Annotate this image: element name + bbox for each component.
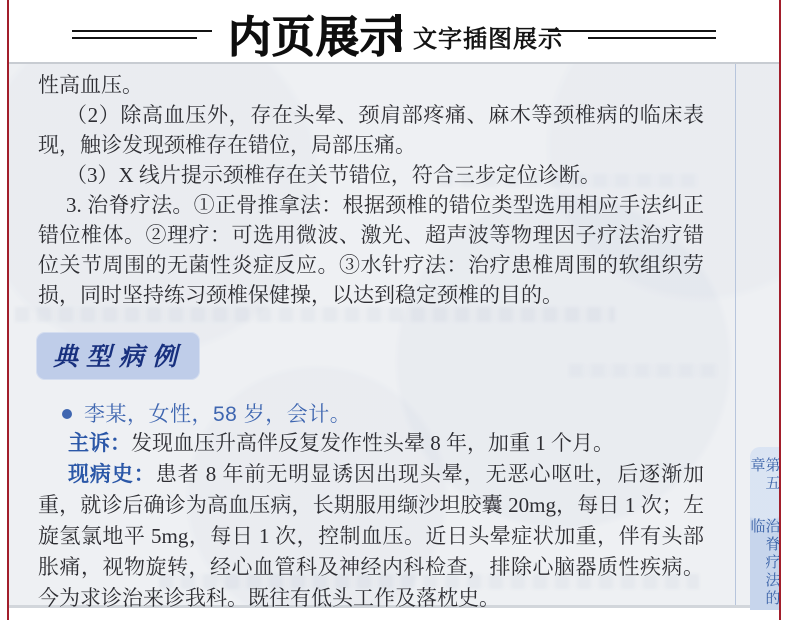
body-paragraph: 性高血压。 xyxy=(38,70,704,100)
section-title: 内页展示 xyxy=(228,4,404,65)
body-paragraph: （2）除高血压外，存在头晕、颈肩部疼痛、麻木等颈椎病的临床表现，触诊发现颈椎存在… xyxy=(38,100,704,160)
patient-summary-text: 李某，女性，58 岁，会计。 xyxy=(84,403,351,426)
section-subtitle: 文字插图展示 xyxy=(413,19,563,54)
present-illness-label: 现病史： xyxy=(68,463,156,486)
page-margin-rule xyxy=(735,64,736,605)
right-red-border xyxy=(779,0,781,620)
chief-complaint-label: 主诉： xyxy=(68,432,131,455)
chapter-number: 第五章 xyxy=(750,457,779,503)
chief-complaint-paragraph: 主诉：发现血压升高伴反复发作性头晕 8 年，加重 1 个月。 xyxy=(38,428,704,459)
promo-image: 内页展示 文字插图展示 性高血压。 （2）除高血压外，存在头晕、颈肩部疼痛、麻木… xyxy=(0,0,790,620)
chief-complaint-text: 发现血压升高伴反复发作性头晕 8 年，加重 1 个月。 xyxy=(131,431,614,455)
section-header: 内页展示 文字插图展示 xyxy=(9,0,779,62)
bullet-icon xyxy=(62,409,72,419)
bleed-through-text xyxy=(569,364,719,377)
right-decor-line-bottom xyxy=(588,37,716,39)
chapter-thumb-tab: 第五章 治脊疗法的临 xyxy=(750,447,779,610)
body-paragraph: 3. 治脊疗法。①正骨推拿法：根据颈椎的错位类型选用相应手法纠正错位椎体。②理疗… xyxy=(38,190,704,310)
scanned-book-page: 性高血压。 （2）除高血压外，存在头晕、颈肩部疼痛、麻木等颈椎病的临床表现，触诊… xyxy=(9,62,779,608)
left-decor-line-bottom xyxy=(72,37,197,39)
left-decor-line-top xyxy=(72,30,212,32)
present-illness-paragraph: 现病史：患者 8 年前无明显诱因出现头晕，无恶心呕吐，后逐渐加重，就诊后确诊为高… xyxy=(38,459,704,614)
right-decor-line-top xyxy=(548,30,716,32)
patient-summary-line: 李某，女性，58 岁，会计。 xyxy=(62,398,351,428)
typical-case-badge: 典型病例 xyxy=(36,332,200,380)
title-divider-bar xyxy=(395,14,401,52)
chapter-title: 治脊疗法的临 xyxy=(750,518,779,610)
body-text-block: 性高血压。 （2）除高血压外，存在头晕、颈肩部疼痛、麻木等颈椎病的临床表现，触诊… xyxy=(38,70,704,310)
body-paragraph: （3）X 线片提示颈椎存在关节错位，符合三步定位诊断。 xyxy=(38,160,704,190)
